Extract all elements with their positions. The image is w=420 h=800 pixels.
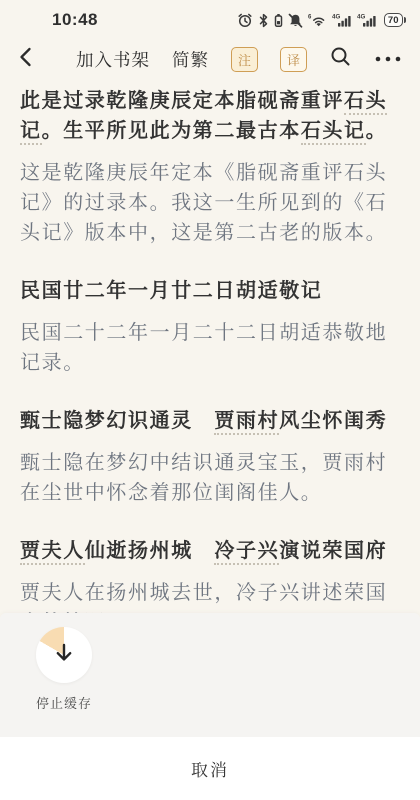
paragraph-translation: 民国二十二年一月二十二日胡适恭敬地记录。 — [20, 318, 400, 378]
back-chevron-icon — [16, 46, 38, 73]
search-icon — [329, 55, 352, 72]
text-run: 演说荣国府 — [279, 540, 387, 562]
svg-text:6: 6 — [308, 14, 312, 20]
status-time: 10:48 — [52, 10, 98, 30]
paragraph-translation: 这是乾隆庚辰年定本《脂砚斋重评石头记》的过录本。我这一生所见到的《石头记》版本中… — [20, 158, 400, 248]
mute-icon — [288, 13, 303, 28]
annotated-term[interactable]: 贾夫人 — [20, 540, 85, 565]
svg-text:4G: 4G — [332, 13, 340, 20]
bottom-sheet: 停止缓存 取消 — [0, 613, 420, 800]
annotated-term[interactable]: 冷子兴 — [214, 540, 279, 565]
annotated-term[interactable]: 贾雨村 — [214, 410, 279, 435]
cancel-button[interactable]: 取消 — [0, 737, 420, 800]
translation-toggle[interactable]: 译 — [280, 47, 307, 72]
reader-content: 此是过录乾隆庚辰定本脂砚斋重评石头记。生平所见此为第二最古本石头记。这是乾隆庚辰… — [0, 84, 420, 638]
paragraph-original: 甄士隐梦幻识通灵 贾雨村风尘怀闺秀 — [20, 406, 400, 436]
annotation-toggle[interactable]: 注 — [231, 47, 258, 72]
text-run: 此是过录乾隆庚辰定本脂砚斋重评 — [20, 90, 344, 112]
text-run: 这是乾隆庚辰年定本《脂砚斋重评石头记》的过录本。我这一生所见到的《石头记》版本中… — [20, 162, 387, 244]
sheet-body: 停止缓存 — [0, 613, 420, 737]
text-run: 民国廿二年一月廿二日胡适敬记 — [20, 280, 322, 302]
battery-saver-icon — [274, 13, 283, 28]
wifi-icon: 6 — [308, 13, 327, 28]
svg-text:4G: 4G — [357, 13, 365, 20]
paragraph-original: 民国廿二年一月廿二日胡适敬记 — [20, 276, 400, 306]
simplified-traditional-toggle[interactable]: 简繁 — [172, 47, 209, 72]
battery-nub — [404, 17, 407, 23]
cancel-label: 取消 — [191, 756, 229, 781]
more-dots-icon — [374, 50, 402, 67]
paragraph-original: 此是过录乾隆庚辰定本脂砚斋重评石头记。生平所见此为第二最古本石头记。 — [20, 86, 400, 146]
alarm-icon — [237, 12, 253, 28]
text-run: 民国二十二年一月二十二日胡适恭敬地记录。 — [20, 322, 387, 374]
nav-bar: 加入书架 简繁 注 译 — [0, 34, 420, 84]
add-to-shelf-button[interactable]: 加入书架 — [76, 47, 150, 72]
status-bar: 10:48 6 4G 4G 70 — [0, 0, 420, 34]
text-run: 仙逝扬州城 — [85, 540, 215, 562]
paragraph-original: 贾夫人仙逝扬州城 冷子兴演说荣国府 — [20, 536, 400, 566]
reader-app: { "status_bar": { "time": "10:48", "batt… — [0, 0, 420, 800]
text-run: 风尘怀闺秀 — [279, 410, 387, 432]
download-arrow-icon — [51, 640, 77, 671]
paragraph-translation: 甄士隐在梦幻中结识通灵宝玉，贾雨村在尘世中怀念着那位闺阁佳人。 — [20, 448, 400, 508]
text-run: 甄士隐在梦幻中结识通灵宝玉，贾雨村在尘世中怀念着那位闺阁佳人。 — [20, 452, 387, 504]
text-run: 甄士隐梦幻识通灵 — [20, 410, 214, 432]
signal-icon: 4G — [357, 13, 377, 28]
text-run: 。 — [366, 120, 388, 142]
bluetooth-icon — [258, 13, 269, 28]
search-button[interactable] — [329, 45, 352, 73]
signal-icon: 4G — [332, 13, 352, 28]
battery-indicator: 70 — [384, 13, 406, 27]
annotated-term[interactable]: 石头记 — [301, 120, 366, 145]
cache-progress-circle — [36, 627, 92, 683]
stop-cache-button[interactable]: 停止缓存 — [32, 627, 96, 712]
status-icons: 6 4G 4G 70 — [237, 12, 406, 28]
nav-actions: 加入书架 简繁 注 译 — [50, 45, 402, 73]
battery-percent: 70 — [384, 13, 403, 27]
text-run: 。生平所见此为第二最古本 — [42, 120, 301, 142]
stop-cache-label: 停止缓存 — [36, 693, 92, 712]
more-menu-button[interactable] — [374, 50, 402, 68]
back-button[interactable] — [16, 46, 50, 73]
